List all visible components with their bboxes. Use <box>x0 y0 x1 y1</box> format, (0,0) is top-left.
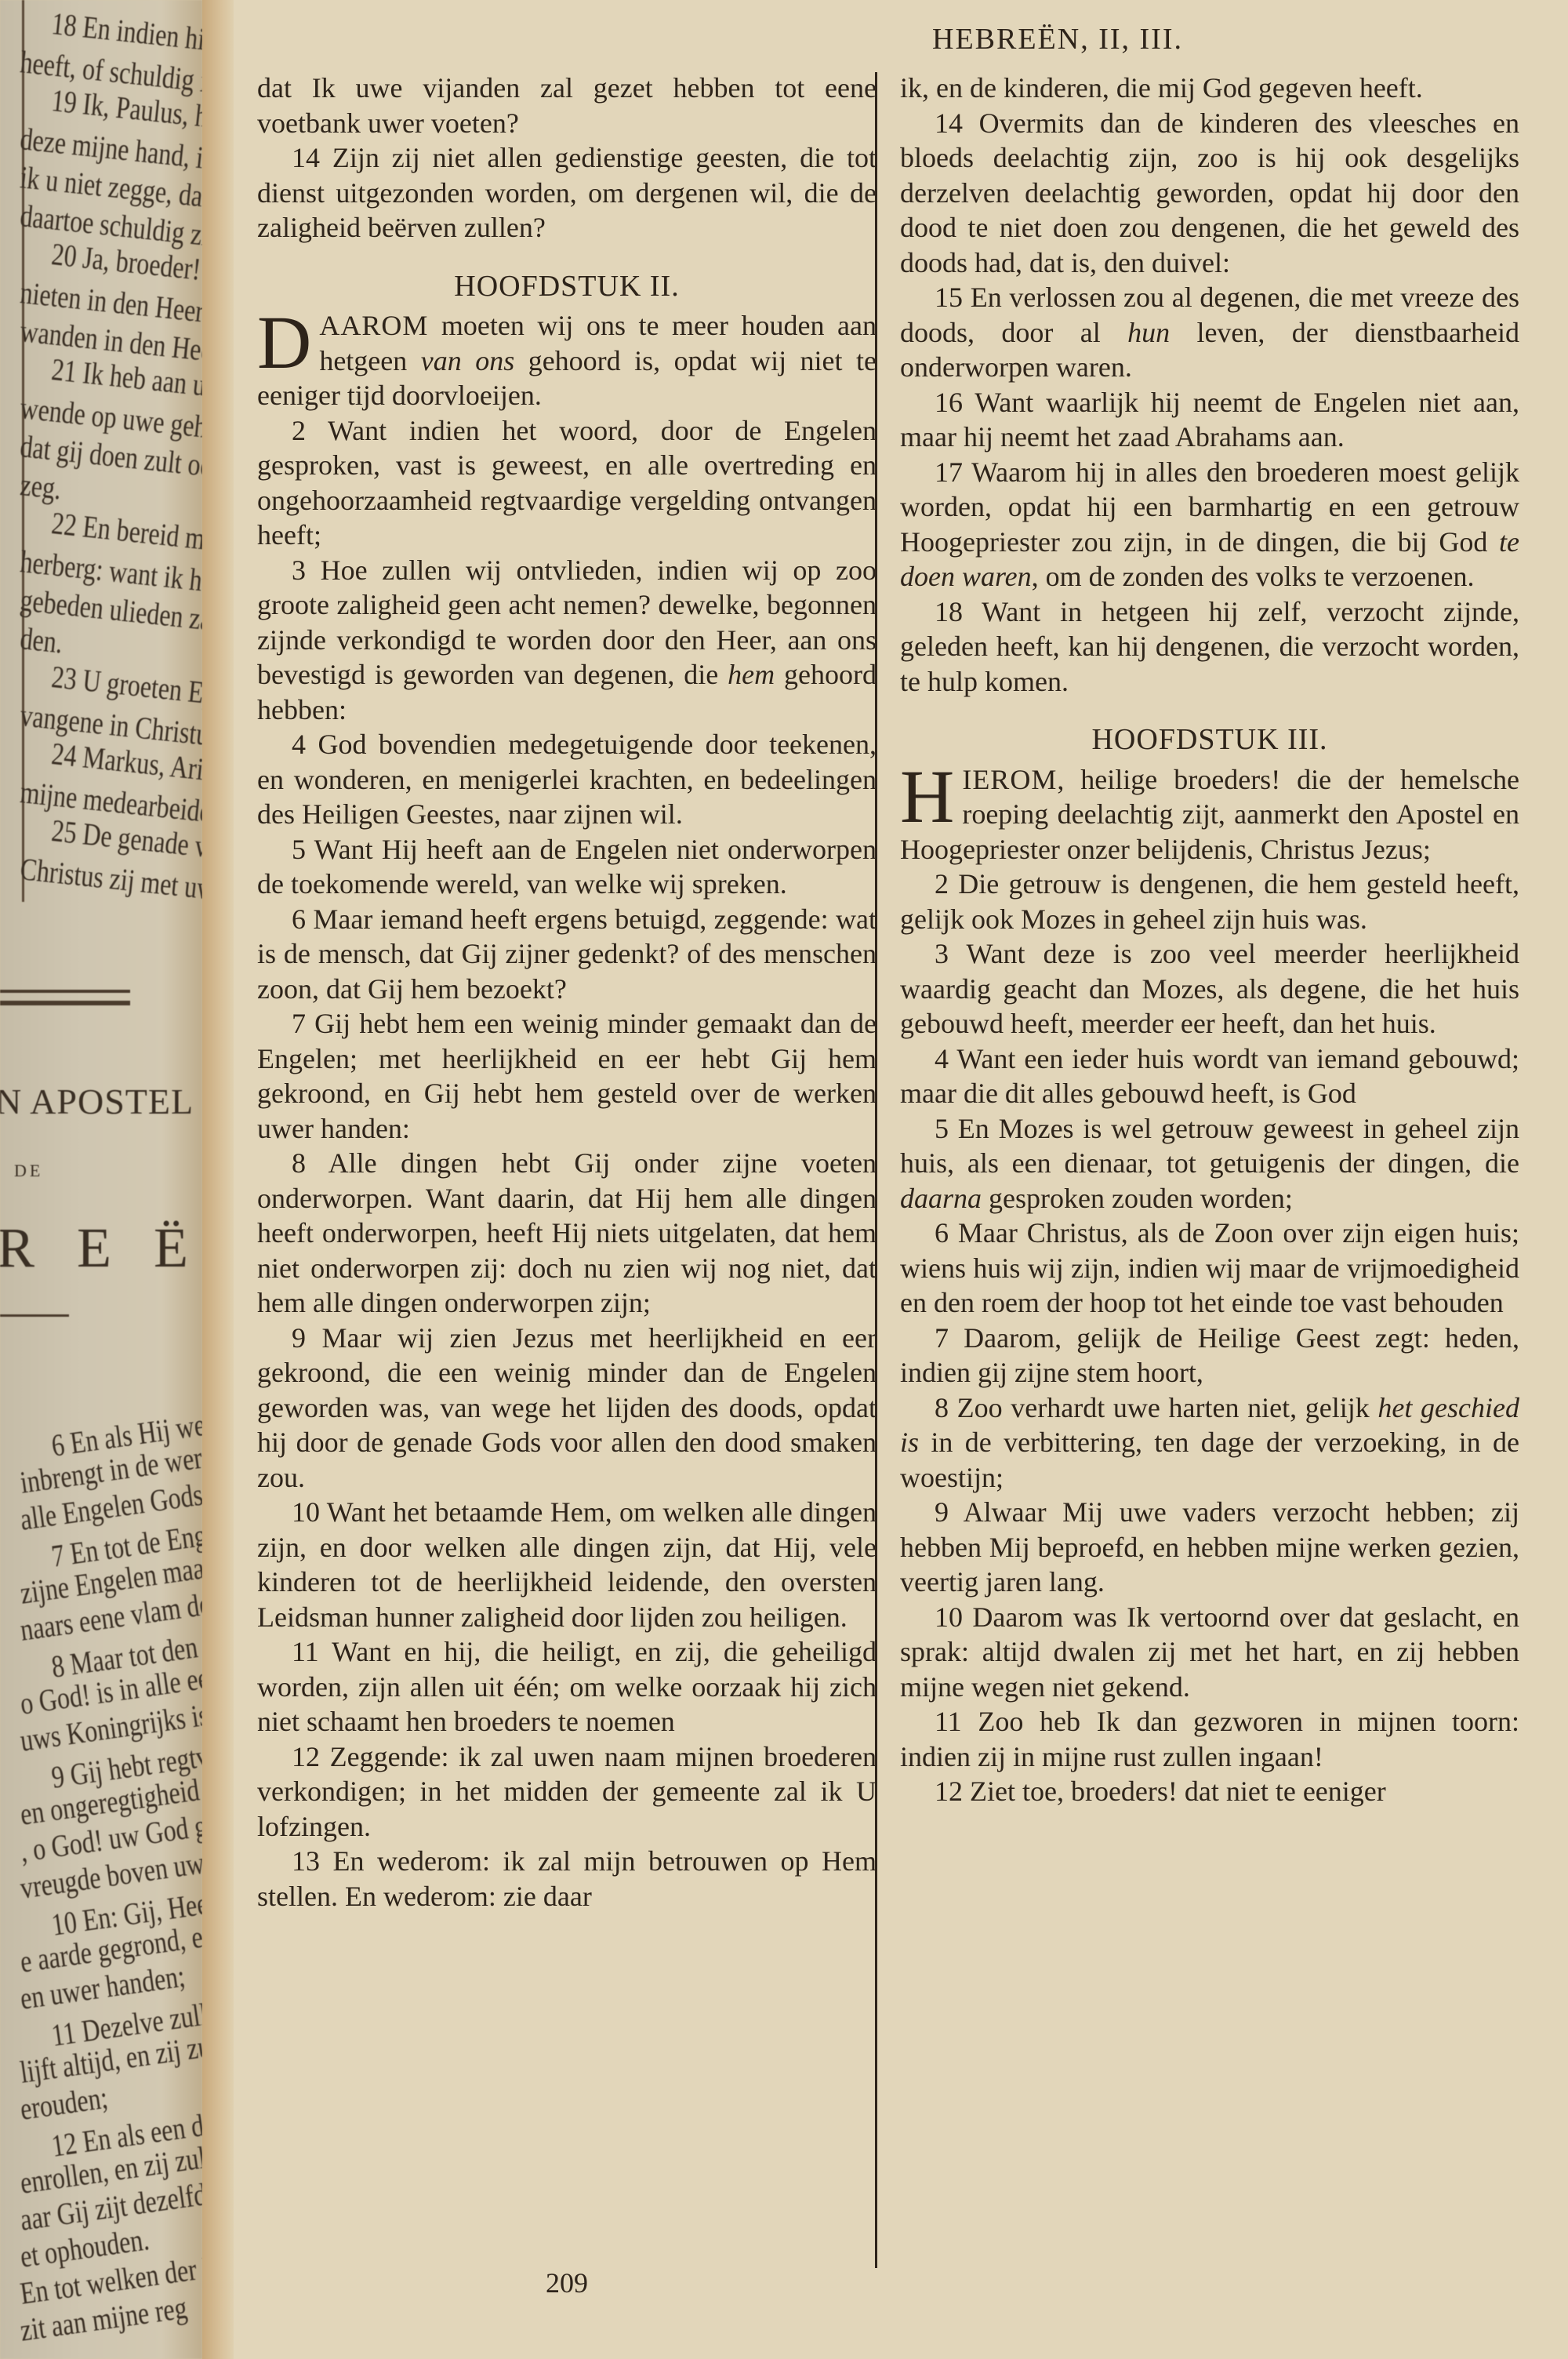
chapter-2-verse: 3 Hoe zullen wij ontvlieden, indien wij … <box>257 553 877 728</box>
chapter-2-verse: 17 Waarom hij in alles den broederen moe… <box>900 455 1519 594</box>
right-column: ik, en de kinderen, die mij God gegeven … <box>900 71 1519 1809</box>
chapter-2-verse: 2 Want indien het woord, door de Engelen… <box>257 413 877 553</box>
chapter-2-verse: 12 Zeggende: ik zal uwen naam mijnen bro… <box>257 1739 877 1845</box>
chapter-3-opening: HIEROM, heilige broeders! die der hemels… <box>900 762 1519 867</box>
chapter-2-verse: 9 Maar wij zien Jezus met heerlijkheid e… <box>257 1321 877 1496</box>
title-rule-bottom <box>0 1314 69 1317</box>
title-rule-top-thick <box>0 1001 130 1005</box>
chapter-3-verse: 8 Zoo verhardt uwe harten niet, gelijk h… <box>900 1390 1519 1496</box>
epistle-title-de: DE <box>14 1161 43 1181</box>
chapter-3-verse: 6 Maar Christus, als de Zoon over zijn e… <box>900 1216 1519 1321</box>
chapter-2-verse: 11 Want en hij, die heiligt, en zij, die… <box>257 1634 877 1739</box>
chapter-3-verse: 9 Alwaar Mij uwe vaders verzocht hebben;… <box>900 1495 1519 1600</box>
chapter-2-verse: 14 Overmits dan de kinderen des vleesche… <box>900 106 1519 281</box>
chapter-2-verse: 8 Alle dingen hebt Gij onder zijne voete… <box>257 1146 877 1321</box>
drop-cap: H <box>900 765 954 828</box>
chapter-3-verse: 5 En Mozes is wel getrouw geweest in geh… <box>900 1111 1519 1216</box>
chapter-3-verse: 3 Want deze is zoo veel meerder heerlijk… <box>900 936 1519 1041</box>
chapter-2-verse: 6 Maar iemand heeft ergens betuigd, zegg… <box>257 902 877 1007</box>
previous-page-line: zeg. <box>19 466 64 507</box>
chapter-2-verse: 7 Gij hebt hem een weinig minder gemaakt… <box>257 1006 877 1146</box>
chapter-3-verse: 11 Zoo heb Ik dan gezworen in mijnen too… <box>900 1704 1519 1774</box>
chapter-2-verse: 5 Want Hij heeft aan de Engelen niet ond… <box>257 832 877 902</box>
chapter-2-verses-continued: 14 Overmits dan de kinderen des vleesche… <box>900 106 1519 700</box>
chapter-2-verse: 4 God bovendien medegetuigende door teek… <box>257 727 877 832</box>
chapter-3-verse: 4 Want een ieder huis wordt van iemand g… <box>900 1041 1519 1111</box>
title-rule-top <box>0 990 130 993</box>
chapter-2-verses: 2 Want indien het woord, door de Engelen… <box>257 413 877 1914</box>
verse-1-14: 14 Zijn zij niet allen gedienstige geest… <box>257 140 877 245</box>
epistle-title-line1: N APOSTEL PAULUS <box>0 1081 202 1122</box>
chapter-heading-3: HOOFDSTUK III. <box>900 722 1519 758</box>
chapter-3-verse: 12 Ziet toe, broeders! dat niet te eenig… <box>900 1774 1519 1809</box>
chapter-3-verse: 2 Die getrouw is dengenen, die hem geste… <box>900 867 1519 936</box>
chapter-2-verse: 13 En wederom: ik zal mijn betrouwen op … <box>257 1844 877 1914</box>
previous-page-line: den. <box>19 620 65 660</box>
chapter-3-verses: 2 Die getrouw is dengenen, die hem geste… <box>900 867 1519 1809</box>
chapter-2-verse: 10 Want het betaamde Hem, om welken alle… <box>257 1495 877 1634</box>
epistle-title-line2: R E Ë N. <box>0 1216 202 1281</box>
previous-page-edge: 18 En indien hij u ietsheeft, of schuldi… <box>0 0 202 2359</box>
drop-cap: D <box>257 311 311 374</box>
chapter-heading-2: HOOFDSTUK II. <box>257 269 877 304</box>
book-gutter <box>202 0 234 2359</box>
verse-continuation: ik, en de kinderen, die mij God gegeven … <box>900 71 1519 106</box>
chapter-2-verse: 16 Want waarlijk hij neemt de Engelen ni… <box>900 385 1519 455</box>
book-page: HEBREËN, II, III. dat Ik uwe vijanden za… <box>234 0 1568 2359</box>
chapter-2-opening: DAAROM moeten wij ons te meer houden aan… <box>257 308 877 413</box>
chapter-3-verse: 7 Daarom, gelijk de Heilige Geest zegt: … <box>900 1321 1519 1390</box>
chapter-2-verse: 15 En verlossen zou al degenen, die met … <box>900 280 1519 385</box>
verse-continuation: dat Ik uwe vijanden zal gezet hebben tot… <box>257 71 877 140</box>
page-number: 209 <box>257 2266 877 2299</box>
left-column: dat Ik uwe vijanden zal gezet hebben tot… <box>257 71 877 1914</box>
running-head: HEBREËN, II, III. <box>234 22 1568 56</box>
chapter-2-verse: 18 Want in hetgeen hij zelf, verzocht zi… <box>900 594 1519 700</box>
chapter-3-verse: 10 Daarom was Ik vertoornd over dat gesl… <box>900 1600 1519 1705</box>
